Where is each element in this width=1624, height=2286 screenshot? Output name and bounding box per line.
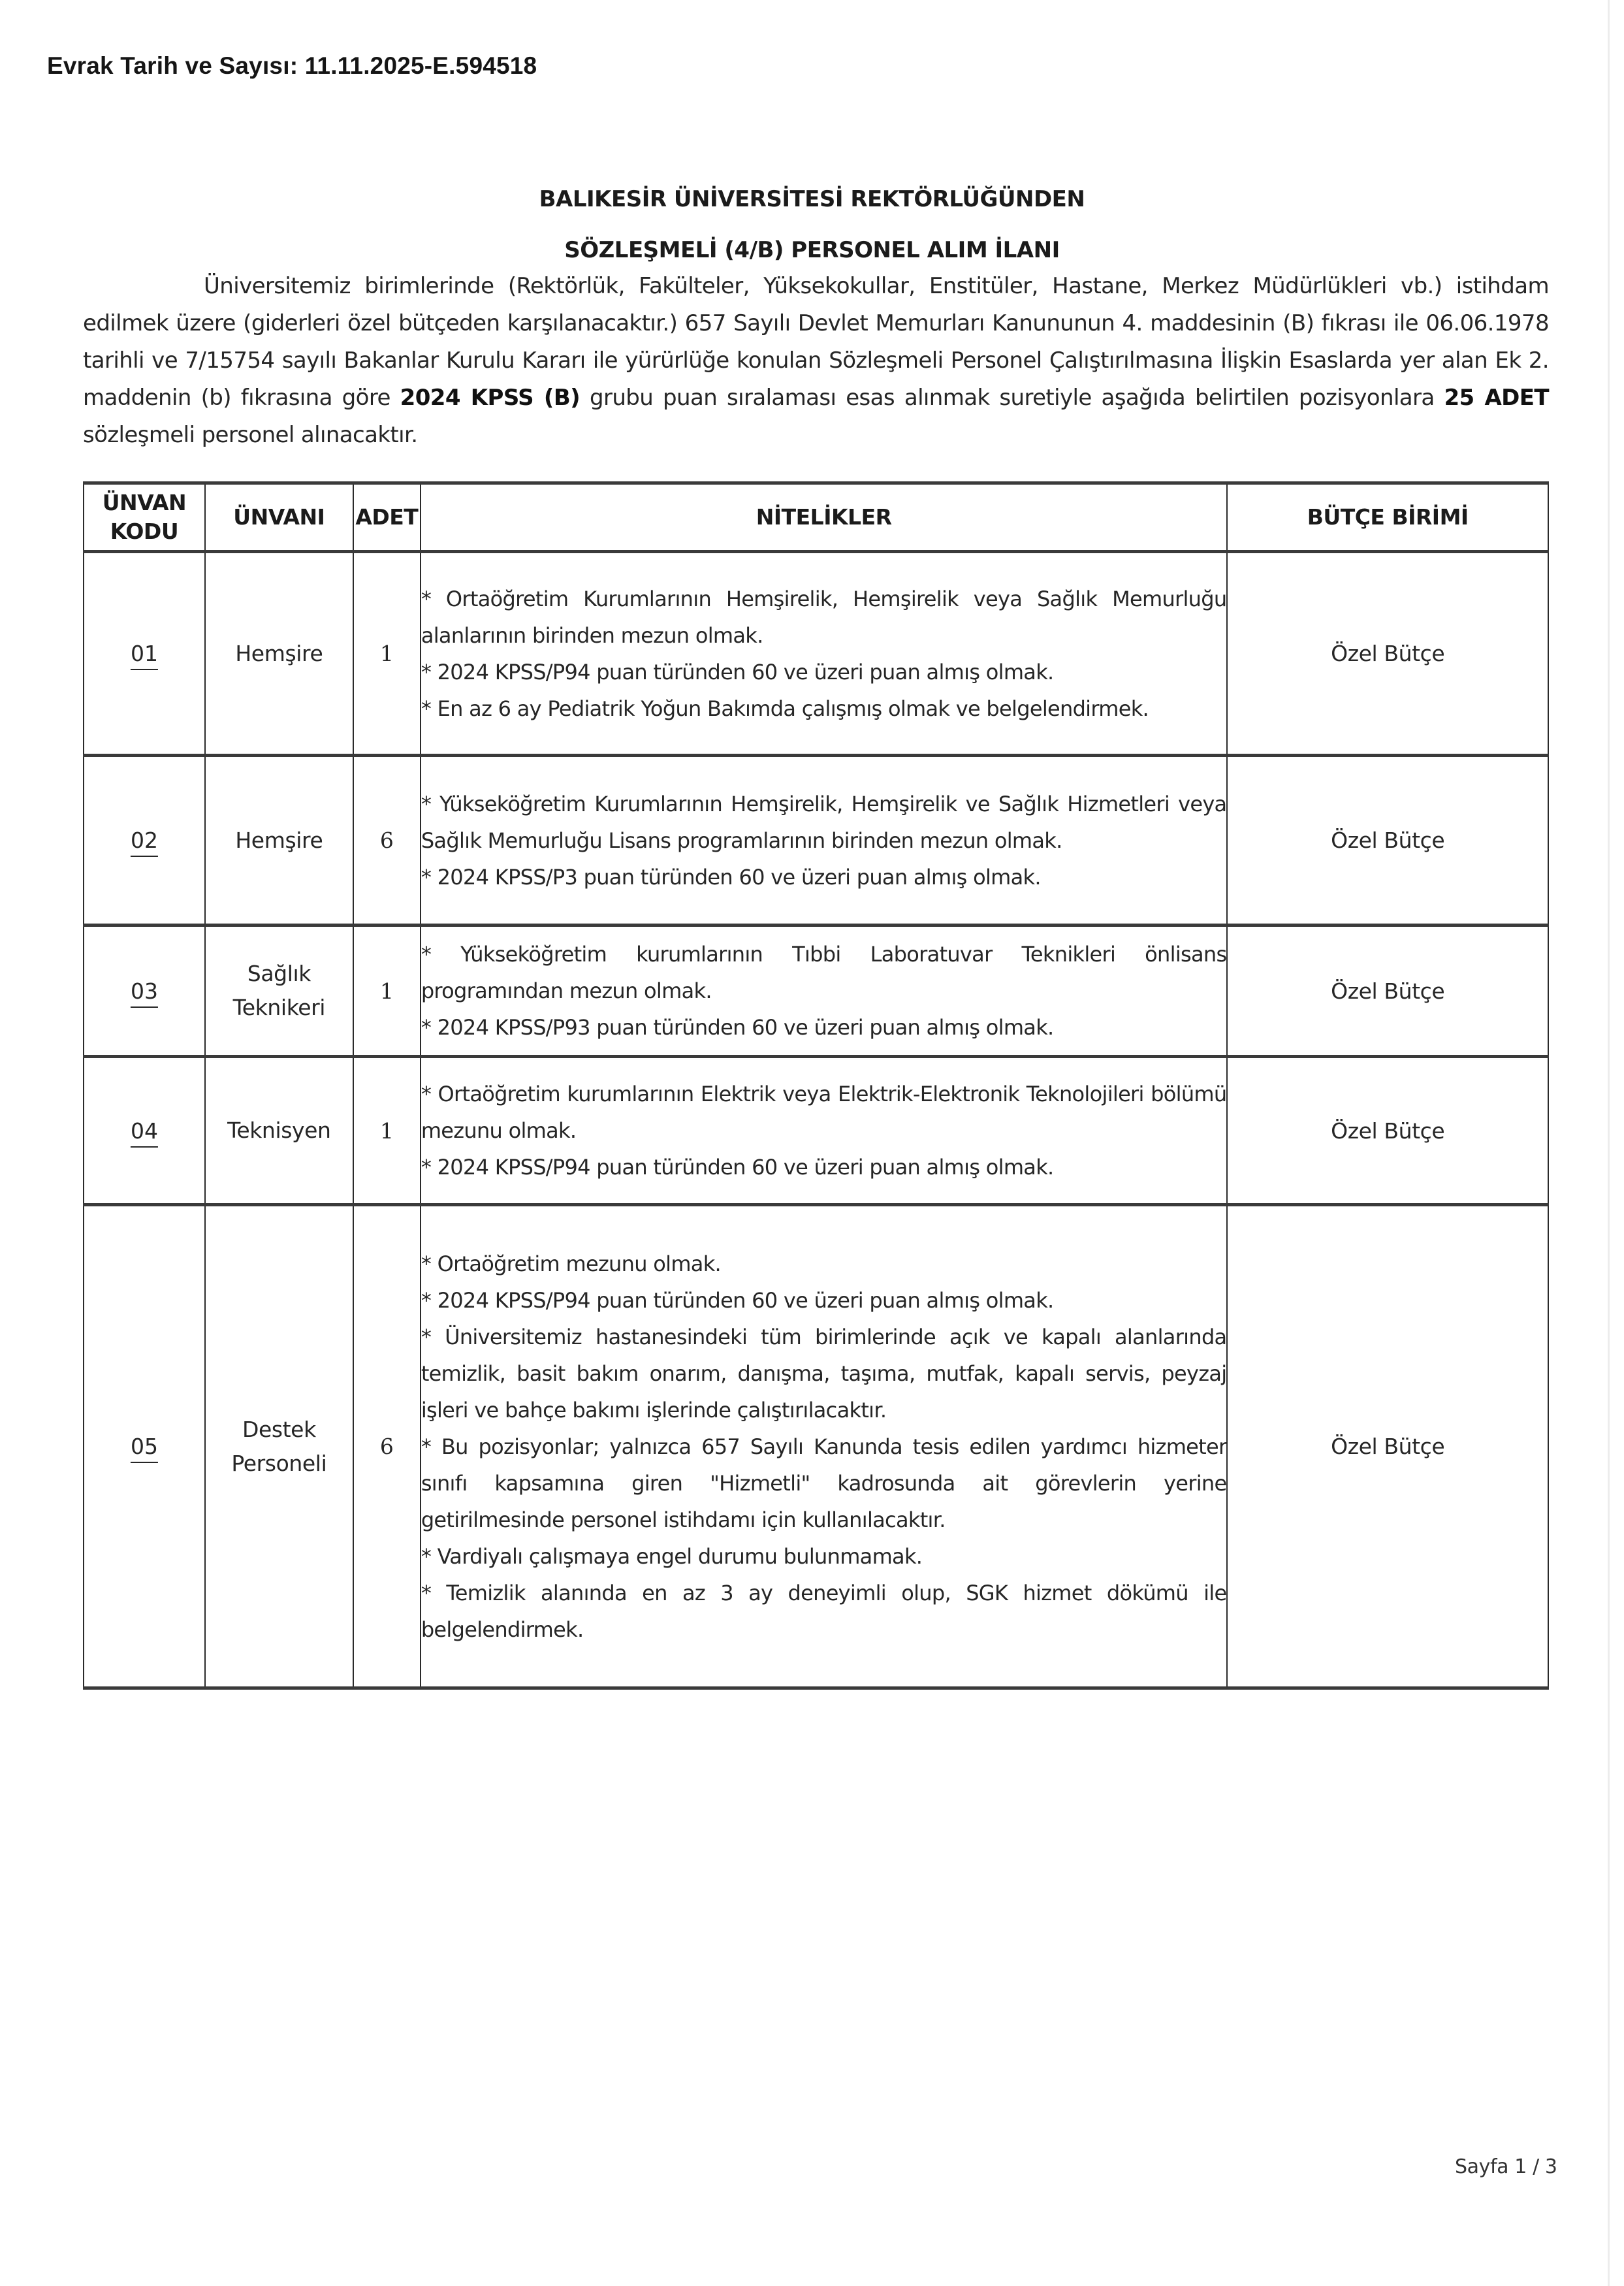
position-qualifications: * Yükseköğretim kurumlarının Tıbbi Labor…	[421, 926, 1228, 1057]
position-code: 03	[84, 926, 205, 1057]
position-title: DestekPersoneli	[205, 1205, 353, 1688]
position-qualifications: * Ortaöğretim Kurumlarının Hemşirelik, H…	[421, 552, 1228, 756]
position-title: Teknisyen	[205, 1057, 353, 1205]
qualification-item: * Temizlik alanında en az 3 ay deneyimli…	[421, 1575, 1227, 1648]
table-row: 01Hemşire1* Ortaöğretim Kurumlarının Hem…	[84, 552, 1548, 756]
position-count: 6	[353, 756, 421, 926]
table-row: 03SağlıkTeknikeri1* Yükseköğretim kuruml…	[84, 926, 1548, 1057]
positions-table: ÜNVANKODU ÜNVANI ADET NİTELİKLER BÜTÇE B…	[83, 481, 1549, 1690]
position-code: 05	[84, 1205, 205, 1688]
qualification-item: * Yükseköğretim kurumlarının Tıbbi Labor…	[421, 936, 1227, 1009]
budget-unit: Özel Bütçe	[1227, 552, 1548, 756]
table-header-row: ÜNVANKODU ÜNVANI ADET NİTELİKLER BÜTÇE B…	[84, 483, 1548, 552]
header-position-title: ÜNVANI	[205, 483, 353, 552]
position-qualifications: * Yükseköğretim Kurumlarının Hemşirelik,…	[421, 756, 1228, 926]
page-number: Sayfa 1 / 3	[1455, 2155, 1557, 2178]
position-code: 02	[84, 756, 205, 926]
qualification-item: * 2024 KPSS/P94 puan türünden 60 ve üzer…	[421, 1282, 1227, 1319]
qualification-item: * En az 6 ay Pediatrik Yoğun Bakımda çal…	[421, 690, 1227, 727]
qualification-item: * Bu pozisyonlar; yalnızca 657 Sayılı Ka…	[421, 1428, 1227, 1538]
qualification-item: * 2024 KPSS/P94 puan türünden 60 ve üzer…	[421, 654, 1227, 690]
budget-unit: Özel Bütçe	[1227, 1057, 1548, 1205]
qualification-item: * 2024 KPSS/P94 puan türünden 60 ve üzer…	[421, 1149, 1227, 1185]
header-qualifications: NİTELİKLER	[421, 483, 1228, 552]
budget-unit: Özel Bütçe	[1227, 756, 1548, 926]
document-reference: Evrak Tarih ve Sayısı: 11.11.2025-E.5945…	[47, 52, 537, 80]
position-title: SağlıkTeknikeri	[205, 926, 353, 1057]
qualification-item: * Üniversitemiz hastanesindeki tüm birim…	[421, 1319, 1227, 1428]
position-code: 01	[84, 552, 205, 756]
qualification-item: * Ortaöğretim mezunu olmak.	[421, 1246, 1227, 1282]
position-code: 04	[84, 1057, 205, 1205]
position-count: 1	[353, 1057, 421, 1205]
qualification-item: * 2024 KPSS/P3 puan türünden 60 ve üzeri…	[421, 859, 1227, 895]
qualification-item: * Vardiyalı çalışmaya engel durumu bulun…	[421, 1538, 1227, 1575]
intro-kpss-group: 2024 KPSS (B)	[400, 385, 580, 411]
qualification-item: * Ortaöğretim kurumlarının Elektrik veya…	[421, 1076, 1227, 1149]
table-row: 02Hemşire6* Yükseköğretim Kurumlarının H…	[84, 756, 1548, 926]
qualification-item: * Yükseköğretim Kurumlarının Hemşirelik,…	[421, 786, 1227, 859]
table-row: 04Teknisyen1* Ortaöğretim kurumlarının E…	[84, 1057, 1548, 1205]
header-budget-unit: BÜTÇE BİRİMİ	[1227, 483, 1548, 552]
position-count: 6	[353, 1205, 421, 1688]
header-position-code: ÜNVANKODU	[84, 483, 205, 552]
position-count: 1	[353, 926, 421, 1057]
qualification-item: * 2024 KPSS/P93 puan türünden 60 ve üzer…	[421, 1009, 1227, 1046]
position-qualifications: * Ortaöğretim kurumlarının Elektrik veya…	[421, 1057, 1228, 1205]
document-title-announcement: SÖZLEŞMELİ (4/B) PERSONEL ALIM İLANI	[0, 237, 1624, 263]
position-count: 1	[353, 552, 421, 756]
position-qualifications: * Ortaöğretim mezunu olmak.* 2024 KPSS/P…	[421, 1205, 1228, 1688]
intro-text-3: sözleşmeli personel alınacaktır.	[83, 422, 417, 448]
header-count: ADET	[353, 483, 421, 552]
intro-paragraph: Üniversitemiz birimlerinde (Rektörlük, F…	[83, 268, 1549, 454]
budget-unit: Özel Bütçe	[1227, 926, 1548, 1057]
intro-text-2: grubu puan sıralaması esas alınmak suret…	[580, 385, 1444, 411]
position-title: Hemşire	[205, 756, 353, 926]
document-title-issuer: BALIKESİR ÜNİVERSİTESİ REKTÖRLÜĞÜNDEN	[0, 186, 1624, 212]
table-row: 05DestekPersoneli6* Ortaöğretim mezunu o…	[84, 1205, 1548, 1688]
intro-total-count: 25 ADET	[1444, 385, 1549, 411]
budget-unit: Özel Bütçe	[1227, 1205, 1548, 1688]
qualification-item: * Ortaöğretim Kurumlarının Hemşirelik, H…	[421, 581, 1227, 654]
scan-edge-shadow	[1608, 0, 1610, 2286]
position-title: Hemşire	[205, 552, 353, 756]
